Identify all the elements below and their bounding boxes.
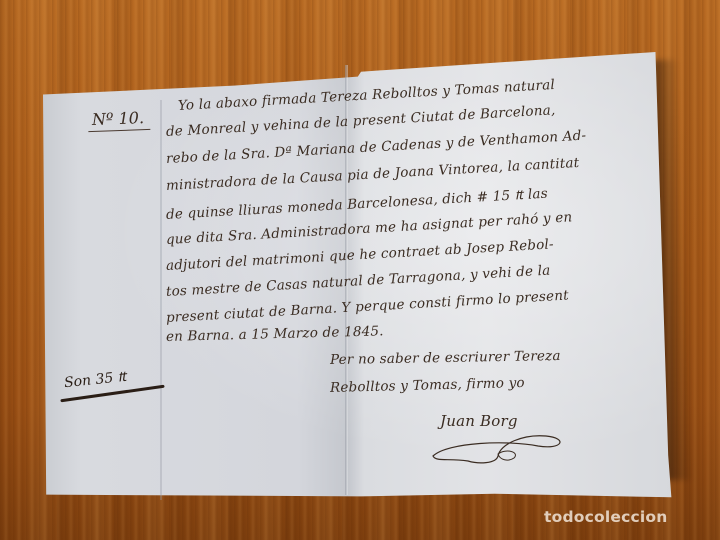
watermark: todocoleccion [544,508,667,526]
document-number: Nº 10. [88,108,151,132]
fold-crease-left [160,100,162,500]
signature-flourish-icon [428,428,578,468]
